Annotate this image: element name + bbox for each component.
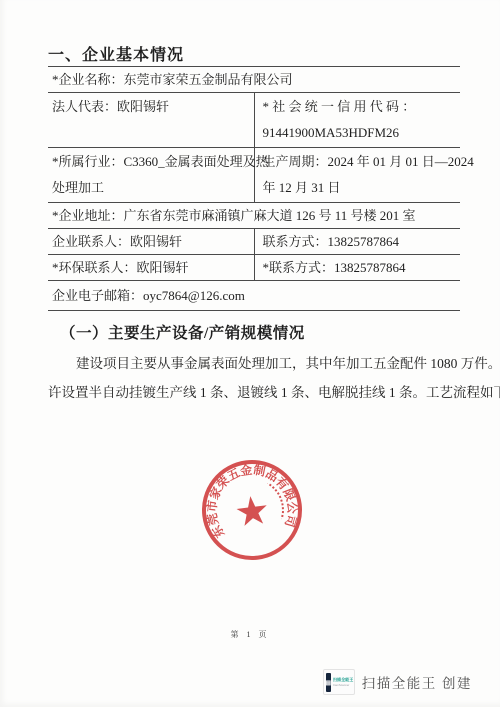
document-section-title: 一、企业基本情况 <box>48 42 184 65</box>
paragraph-line: 建设项目主要从事金属表面处理加工，其中年加工五金配件 1080 万件。允 <box>48 349 466 378</box>
legal-representative-cell: 法人代表：欧阳锡轩 <box>48 93 254 148</box>
paragraph-line: 许设置半自动挂镀生产线 1 条、退镀线 1 条、电解脱挂线 1 条。工艺流程如下… <box>48 378 466 407</box>
credit-code-value: 91441900MA53HDFM26 <box>263 120 457 146</box>
star-icon <box>235 494 269 526</box>
env-contact-person-cell: *环保联系人：欧阳锡轩 <box>48 255 254 281</box>
camscanner-logo-icon: ▦ 扫描全能王 CamScanner <box>323 669 355 695</box>
period-line1: 生产周期：2024 年 01 月 01 日—2024 <box>263 149 457 175</box>
enterprise-address-cell: *企业地址：广东省东莞市麻涌镇广麻大道 126 号 11 号楼 201 室 <box>48 203 460 229</box>
logo-brand-text: 扫描全能王 <box>333 677 353 682</box>
industry-line2: 处理加工 <box>52 175 250 201</box>
enterprise-name-cell: *企业名称：东莞市家荣五金制品有限公司 <box>48 67 460 93</box>
env-contact-phone-cell: *联系方式：13825787864 <box>254 255 460 281</box>
table-row: *环保联系人：欧阳锡轩 *联系方式：13825787864 <box>48 255 460 281</box>
qr-code-icon: ▦ <box>326 673 331 692</box>
table-row: *企业名称：东莞市家荣五金制品有限公司 <box>48 67 460 93</box>
credit-code-label: * 社 会 统 一 信 用 代 码 ： <box>263 94 457 120</box>
contact-person-cell: 企业联系人：欧阳锡轩 <box>48 229 254 255</box>
table-row: *所属行业：C3360_金属表面处理及热 处理加工 生产周期：2024 年 01… <box>48 148 460 203</box>
enterprise-email-cell: 企业电子邮箱：oyc7864@126.com <box>48 281 460 311</box>
table-row: *企业地址：广东省东莞市麻涌镇广麻大道 126 号 11 号楼 201 室 <box>48 203 460 229</box>
watermark-text: 扫描全能王 创建 <box>362 672 472 692</box>
scanned-document-page: 一、企业基本情况 *企业名称：东莞市家荣五金制品有限公司 法人代表：欧阳锡轩 *… <box>0 0 500 707</box>
subsection-heading: （一）主要生产设备/产销规模情况 <box>60 321 305 343</box>
industry-cell: *所属行业：C3360_金属表面处理及热 处理加工 <box>48 148 254 203</box>
industry-line1: *所属行业：C3360_金属表面处理及热 <box>52 149 250 175</box>
table-row: 企业联系人：欧阳锡轩 联系方式：13825787864 <box>48 229 460 255</box>
logo-text-block: 扫描全能王 CamScanner <box>333 677 356 687</box>
table-row: 企业电子邮箱：oyc7864@126.com <box>48 281 460 311</box>
project-description-paragraph: 建设项目主要从事金属表面处理加工，其中年加工五金配件 1080 万件。允 许设置… <box>48 349 466 407</box>
production-period-cell: 生产周期：2024 年 01 月 01 日—2024 年 12 月 31 日 <box>254 148 460 203</box>
camscanner-watermark: ▦ 扫描全能王 CamScanner 扫描全能王 创建 <box>323 669 472 695</box>
contact-phone-cell: 联系方式：13825787864 <box>254 229 460 255</box>
logo-brand-subtext: CamScanner <box>333 683 351 686</box>
credit-code-cell: * 社 会 统 一 信 用 代 码 ： 91441900MA53HDFM26 <box>254 93 460 148</box>
table-row: 法人代表：欧阳锡轩 * 社 会 统 一 信 用 代 码 ： 91441900MA… <box>48 93 460 148</box>
enterprise-info-table: *企业名称：东莞市家荣五金制品有限公司 法人代表：欧阳锡轩 * 社 会 统 一 … <box>48 66 460 311</box>
company-seal-stamp: 东莞市家荣五金制品有限公司 · ▪ ▪ ▪ ▪ ▪ ▪ ▪ ▪ ▪ ▪ · <box>191 449 314 572</box>
page-number: 第 1 页 <box>0 629 500 640</box>
period-line2: 年 12 月 31 日 <box>263 175 457 201</box>
